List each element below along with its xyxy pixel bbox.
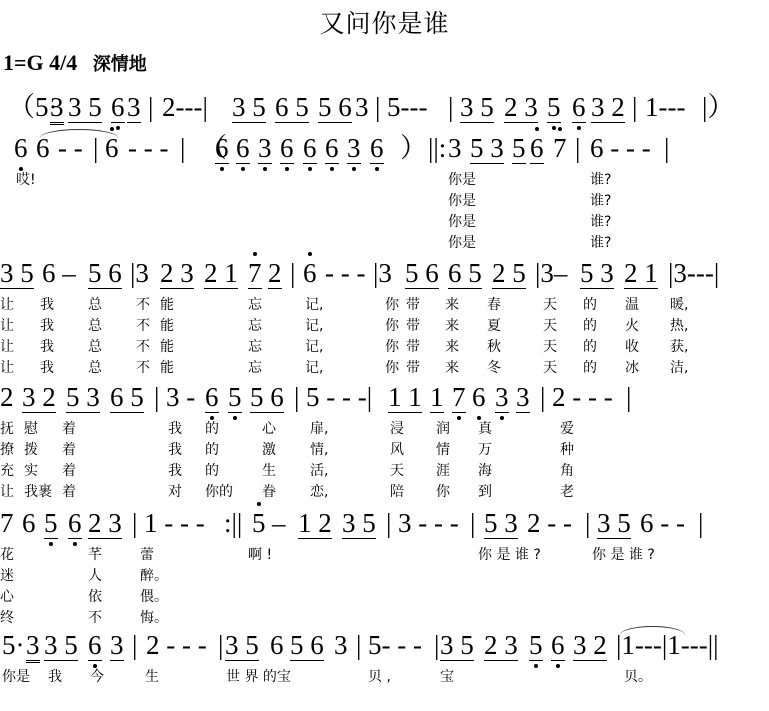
lyric-word: 着 [62, 481, 76, 501]
lyric-word: 记, [305, 336, 323, 356]
lyric-word: 让 [0, 336, 14, 356]
note-token: 7 [553, 133, 567, 163]
note-token: 6 [551, 630, 565, 661]
lyric-word: 风 [390, 439, 404, 459]
note-token: 1--- [645, 92, 685, 122]
lyric-word: 天 [543, 315, 557, 335]
note-token: 1 1 [388, 382, 422, 413]
lyric-word: 不 [136, 294, 150, 314]
note-token: 2 5 [492, 258, 526, 289]
lyric-word: 情 [436, 439, 450, 459]
lyric-word: 的 [583, 294, 597, 314]
note-token: | [218, 630, 223, 660]
lyric-word: 今 [90, 666, 104, 686]
note-token: 6 [205, 382, 219, 413]
lyric-row: 让我裹着对你的眷恋,陪你到老 [0, 481, 769, 501]
note-token: - - - [325, 258, 365, 288]
note-token: 6 5 [110, 382, 144, 413]
lyric-word: 你是 [448, 232, 476, 252]
lyric-word: 着 [62, 439, 76, 459]
lyric-word: 你的 [205, 481, 233, 501]
lyric-word: 忘 [248, 336, 262, 356]
note-token: | [575, 133, 580, 163]
note-token: | [132, 630, 137, 660]
lyric-word: 你 [385, 357, 399, 377]
lyric-word: 芊 [88, 544, 102, 564]
note-token: | [132, 508, 137, 538]
slur-arc [620, 626, 685, 635]
lyric-row: 花芊蕾啊 !你 是 谁 ?你 是 谁 ? [0, 544, 769, 564]
note-token: | [154, 382, 159, 412]
lyric-row: 哎!你是谁? [0, 169, 769, 189]
lyric-word: 人 [88, 565, 102, 585]
note-token: 2 [268, 258, 282, 289]
lyric-word: 眷 [262, 481, 276, 501]
note-token: | [356, 630, 361, 660]
note-token: | [434, 630, 439, 660]
lyric-word: 带 [406, 294, 420, 314]
lyric-word: 你 是 谁 ? [478, 544, 541, 564]
note-token: 6 [303, 133, 317, 164]
note-token: 3 [448, 133, 462, 163]
note-token: 5 [547, 92, 561, 123]
lyric-word: 实 [24, 460, 38, 480]
lyric-word: 偎。 [140, 586, 168, 606]
note-token: |） [702, 92, 734, 122]
lyric-word: 你是 [2, 666, 30, 686]
lyric-word: 激 [262, 439, 276, 459]
note-token: 1 [430, 382, 444, 413]
note-token: 5 [228, 382, 242, 413]
lyric-row: 终不悔。 [0, 607, 769, 627]
lyric-word: 终 [0, 607, 14, 627]
lyric-word: 来 [445, 336, 459, 356]
note-token: 5 3 [484, 508, 518, 539]
lyric-word: 让 [0, 294, 14, 314]
lyric-word: 着 [62, 460, 76, 480]
lyric-word: 带 [406, 315, 420, 335]
lyric-word: 谁? [590, 190, 611, 210]
lyric-word: 能 [160, 357, 174, 377]
note-token: 6 5 [275, 92, 309, 123]
note-token: – [272, 508, 286, 538]
note-token: 3 5 [232, 92, 266, 123]
lyric-word: 来 [445, 315, 459, 335]
note-token: 2 3 [504, 92, 538, 123]
lyric-word: 能 [160, 294, 174, 314]
lyric-word: 撩 [0, 439, 14, 459]
lyric-word: 谁? [590, 232, 611, 252]
note-token: 6 [215, 133, 229, 164]
lyric-word: 忘 [248, 294, 262, 314]
lyric-word: 天 [543, 294, 557, 314]
note-token: 3 5 [597, 508, 631, 539]
note-token: 6 [270, 630, 284, 660]
key-signature: 1=G 4/4 [3, 50, 77, 75]
note-token: | [375, 92, 380, 122]
lyric-word: 让 [0, 357, 14, 377]
lyric-word: 谁? [590, 211, 611, 231]
lyric-row: 你是谁? [0, 190, 769, 210]
lyric-word: 让 [0, 315, 14, 335]
lyric-word: 不 [136, 315, 150, 335]
lyric-word: 着 [62, 418, 76, 438]
note-token: 3 [258, 133, 272, 164]
lyric-word: 总 [88, 336, 102, 356]
note-token: 3 [110, 630, 124, 661]
lyric-word: 世 界 的宝 [226, 666, 291, 686]
lyric-word: 让 [0, 481, 14, 501]
lyric-word: 记, [305, 315, 323, 335]
lyric-word: 你是 [448, 190, 476, 210]
lyric-word: 角 [560, 460, 574, 480]
lyric-word: 忘 [248, 315, 262, 335]
lyric-word: 万 [478, 439, 492, 459]
lyric-word: 天 [390, 460, 404, 480]
notation-row: 23 25 36 5|3 -655 6|5 - - -|1 117633|2 -… [0, 382, 769, 422]
note-token: 5 [512, 133, 526, 164]
lyric-word: 活, [310, 460, 328, 480]
note-token: 5 6 [405, 258, 439, 289]
lyric-word: 恋, [310, 481, 328, 501]
note-token: | [540, 382, 545, 412]
note-token: 6 – [42, 258, 76, 288]
lyric-word: 迷 [0, 565, 14, 585]
note-token: 3 [516, 382, 530, 413]
lyric-row: 你是谁? [0, 232, 769, 252]
note-token: 3 [50, 92, 64, 125]
note-token: 3 5 [225, 630, 259, 661]
note-token: 5 6 [290, 630, 324, 661]
lyric-word: 悔。 [140, 607, 168, 627]
note-token: 3 [355, 92, 369, 122]
lyric-word: 我 [40, 294, 54, 314]
lyric-word: 宝 [440, 666, 454, 686]
notation-row: （5·33 563|2---|3 56 55 63|5---|3 52 3563… [0, 92, 769, 132]
lyric-word: 我 [40, 357, 54, 377]
note-token: 6 5 [448, 258, 482, 289]
note-token: 2 - - - [146, 630, 207, 660]
lyric-word: 扉, [310, 418, 328, 438]
lyric-word: 我裹 [24, 481, 52, 501]
note-token: 6 - - - [590, 133, 651, 163]
lyric-row: 你是我今生世 界 的宝贝 ,宝贝。 [0, 666, 769, 686]
lyric-word: 春 [487, 294, 501, 314]
lyric-row: 让我总不能忘记,你带来冬天的冰洁, [0, 357, 769, 377]
lyric-word: 的 [583, 336, 597, 356]
lyric-word: 你 [385, 315, 399, 335]
lyric-word: 夏 [487, 315, 501, 335]
lyric-word: 到 [478, 481, 492, 501]
lyric-word: 冬 [487, 357, 501, 377]
score-header: 1=G 4/4 深情地 [3, 50, 147, 76]
note-token: 6 [472, 382, 486, 412]
lyric-word: 谁? [590, 169, 611, 189]
lyric-word: 贝。 [624, 666, 652, 686]
note-token: 5 3 [470, 133, 504, 164]
lyric-word: 火 [625, 315, 639, 335]
lyric-word: 润 [436, 418, 450, 438]
lyric-row: 让我总不能忘记,你带来春天的温暖, [0, 294, 769, 314]
note-token: |3– [535, 258, 567, 288]
lyric-word: 啊 ! [248, 544, 272, 564]
note-token: 7 [248, 258, 262, 289]
note-token: 2 3 [484, 630, 518, 661]
lyric-word: 花 [0, 544, 14, 564]
lyric-word: 涯 [436, 460, 450, 480]
note-token: ||: [428, 133, 446, 163]
lyric-word: 总 [88, 294, 102, 314]
note-token: 3 [127, 92, 141, 123]
note-token: | [470, 508, 475, 538]
note-token: 2 3 [88, 508, 122, 539]
note-token: 3 - [166, 382, 195, 412]
lyric-word: 能 [160, 336, 174, 356]
note-token: 2 [0, 382, 14, 412]
note-token: | [294, 382, 299, 412]
note-token: 6 [22, 508, 36, 538]
notation-row: 76562 3|1 - - -:||5–1 23 5|3 - - -|5 32 … [0, 508, 769, 548]
note-token: 6 [236, 133, 250, 164]
note-token: 6 [280, 133, 294, 164]
lyric-word: 情, [310, 439, 328, 459]
note-token: 5 6 [88, 258, 122, 289]
note-token: 3 [334, 630, 348, 660]
note-token: | [180, 133, 185, 163]
note-token: |3---| [668, 258, 719, 288]
lyric-word: 生 [145, 666, 159, 686]
note-token: 6 [111, 92, 125, 123]
lyric-word: 记, [305, 294, 323, 314]
note-token: 5 3 [66, 382, 100, 413]
note-token: 6 [530, 133, 544, 164]
note-token: | [290, 258, 295, 288]
lyric-word: 你是 [448, 211, 476, 231]
note-token: | [698, 508, 703, 538]
lyric-word: 获, [670, 336, 688, 356]
note-token: 5 [529, 630, 543, 661]
lyric-word: 的 [583, 357, 597, 377]
lyric-row: 让我总不能忘记,你带来夏天的火热, [0, 315, 769, 335]
lyric-word: 带 [406, 357, 420, 377]
note-token: :|| [224, 508, 242, 538]
lyric-row: 撩拨着我的激情,风情万种 [0, 439, 769, 459]
lyric-word: 你 [436, 481, 450, 501]
lyric-word: 我 [40, 315, 54, 335]
lyric-word: 温 [625, 294, 639, 314]
note-token: 3 [347, 133, 361, 164]
note-token: 3 2 [22, 382, 56, 413]
note-token: | [386, 508, 391, 538]
note-token: | [626, 382, 631, 412]
lyric-word: 洁, [670, 357, 688, 377]
lyric-word: 的 [205, 439, 219, 459]
lyric-word: 来 [445, 294, 459, 314]
lyric-word: 忘 [248, 357, 262, 377]
lyric-word: 你是 [448, 169, 476, 189]
note-token: 6 [572, 92, 586, 123]
note-token: 6 [68, 508, 82, 539]
lyric-word: 醉。 [140, 565, 168, 585]
lyric-word: 不 [136, 336, 150, 356]
note-token: - - - [128, 133, 168, 163]
lyric-word: 来 [445, 357, 459, 377]
lyric-word: 的 [205, 418, 219, 438]
lyric-row: 迷人醉。 [0, 565, 769, 585]
lyric-word: 我 [168, 418, 182, 438]
lyric-word: 心 [262, 418, 276, 438]
note-token: ） [400, 133, 427, 163]
lyric-word: 慰 [24, 418, 38, 438]
lyric-word: 的 [583, 315, 597, 335]
lyric-word: 冰 [625, 357, 639, 377]
note-token: | [585, 508, 590, 538]
note-token: | [632, 92, 637, 122]
note-token: 7 [452, 382, 466, 413]
note-token: 5 3 [580, 258, 614, 289]
lyric-word: 我 [40, 336, 54, 356]
lyric-word: 抚 [0, 418, 14, 438]
note-token: 5 [252, 508, 266, 538]
note-token: 1 2 [298, 508, 332, 539]
note-token: 3 5 [460, 92, 494, 123]
note-token: 5· [2, 630, 25, 660]
lyric-row: 充实着我的生活,天涯海角 [0, 460, 769, 480]
lyric-word: 热, [670, 315, 688, 335]
lyric-word: 你 [385, 336, 399, 356]
lyric-row: 心依偎。 [0, 586, 769, 606]
lyric-word: 天 [543, 357, 557, 377]
notation-row: 3 56 –5 6|32 32 172|6- - -|35 66 52 5|3–… [0, 258, 769, 298]
lyric-row: 你是谁? [0, 211, 769, 231]
lyric-word: 陪 [390, 481, 404, 501]
note-token: 5--- [387, 92, 427, 122]
note-token: 3 - - - [398, 508, 459, 538]
note-token: 3 5 [44, 630, 78, 661]
note-token: |3 [130, 258, 149, 288]
lyric-word: 天 [543, 336, 557, 356]
lyric-word: 总 [88, 357, 102, 377]
note-token: 6 [14, 133, 28, 163]
lyric-word: 我 [168, 460, 182, 480]
lyric-word: 暖, [670, 294, 688, 314]
note-token: 5 [44, 508, 58, 539]
lyric-word: 哎! [16, 169, 36, 189]
song-title: 又问你是谁 [0, 4, 769, 40]
note-token: 5 6 [318, 92, 352, 123]
note-token: | [448, 92, 453, 122]
lyric-word: 能 [160, 315, 174, 335]
lyric-word: 充 [0, 460, 14, 480]
notation-row: 5·33 563|2 - - -|3 565 63|5- - -|3 52 35… [0, 630, 769, 670]
lyric-word: 拨 [24, 439, 38, 459]
note-token: 3 [26, 630, 40, 663]
note-token: 3 [495, 382, 509, 413]
note-token: 6 [303, 258, 317, 288]
lyric-word: 真 [478, 418, 492, 438]
note-token: 5 6 [250, 382, 284, 413]
lyric-word: 秋 [487, 336, 501, 356]
lyric-word: 种 [560, 439, 574, 459]
note-token: 1 - - - [144, 508, 205, 538]
note-token: 3 5 [0, 258, 34, 289]
lyric-row: 抚慰着我的心扉,浸润真爱 [0, 418, 769, 438]
lyric-word: 爱 [560, 418, 574, 438]
lyric-word: 不 [88, 607, 102, 627]
notation-row: 66- -|6- - -|（66366636）||:35 3567|6 - - … [0, 133, 769, 173]
lyric-word: 收 [625, 336, 639, 356]
tempo-marking: 深情地 [93, 54, 147, 75]
note-token: 7 [0, 508, 14, 538]
note-token: | [148, 92, 153, 122]
note-token: 2 1 [624, 258, 658, 289]
note-token: 3 5 [440, 630, 474, 661]
note-token: 3 2 [573, 630, 607, 661]
lyric-word: 你 [385, 294, 399, 314]
lyric-word: 带 [406, 336, 420, 356]
note-token: 6 [88, 630, 102, 661]
note-token: |3 [373, 258, 392, 288]
note-token: 2 - - [527, 508, 572, 538]
lyric-word: 我 [168, 439, 182, 459]
lyric-word: 总 [88, 315, 102, 335]
lyric-word: 老 [560, 481, 574, 501]
lyric-word: 不 [136, 357, 150, 377]
note-token: 2 - - - [552, 382, 613, 412]
note-token: 2 3 [160, 258, 194, 289]
note-token: 2 1 [204, 258, 238, 289]
lyric-word: 的 [205, 460, 219, 480]
note-token: 6 [325, 133, 339, 164]
note-token: | [664, 133, 669, 163]
lyric-word: 对 [168, 481, 182, 501]
note-token: 5- - - [368, 630, 422, 660]
note-token: 3 5 [342, 508, 376, 539]
note-token: 3 2 [591, 92, 625, 123]
lyric-word: 我 [48, 666, 62, 686]
lyric-word: 海 [478, 460, 492, 480]
lyric-word: 蕾 [140, 544, 154, 564]
lyric-word: 生 [262, 460, 276, 480]
note-token: 6 [370, 133, 384, 164]
lyric-word: 记, [305, 357, 323, 377]
note-token: 5 - - -| [306, 382, 372, 412]
lyric-word: 依 [88, 586, 102, 606]
lyric-row: 让我总不能忘记,你带来秋天的收获, [0, 336, 769, 356]
lyric-word: 你 是 谁 ? [592, 544, 655, 564]
note-token: 2---| [162, 92, 208, 122]
note-token: 3 5 [68, 92, 102, 123]
note-token: 6 - - [640, 508, 685, 538]
lyric-word: 浸 [390, 418, 404, 438]
lyric-word: 贝 , [368, 666, 391, 686]
lyric-word: 心 [0, 586, 14, 606]
